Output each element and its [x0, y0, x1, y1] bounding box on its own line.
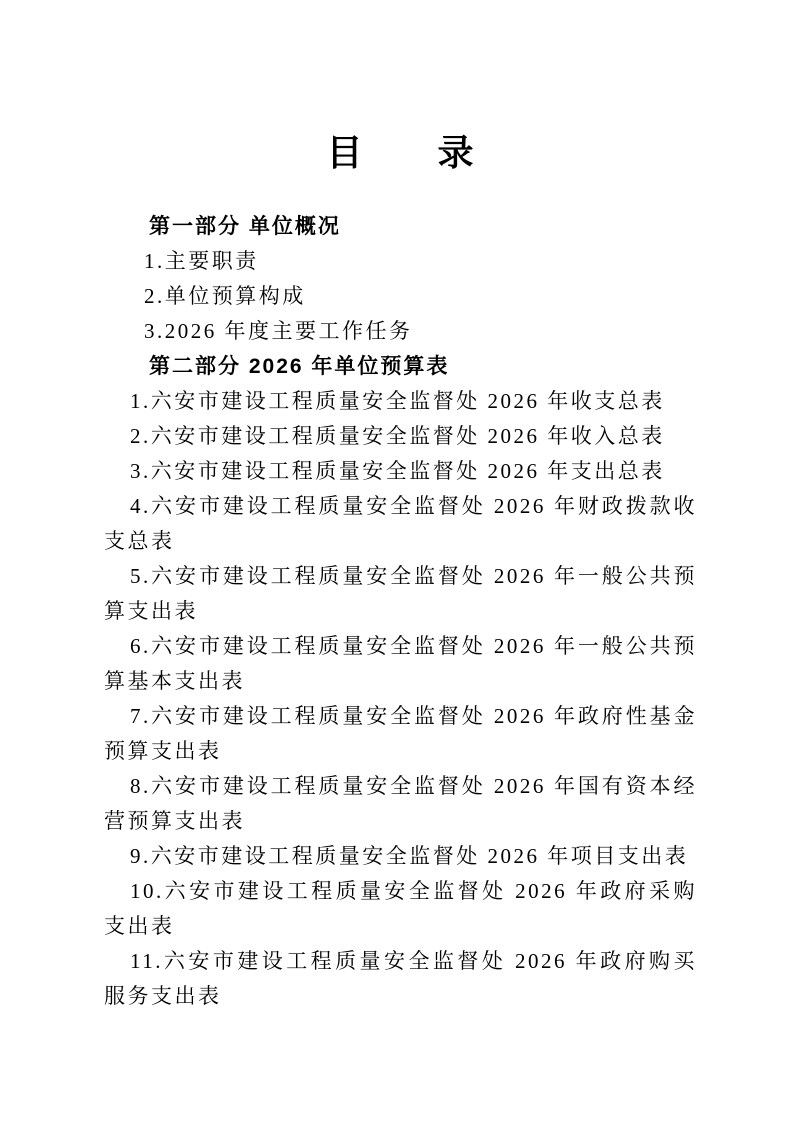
toc-item: 1.六安市建设工程质量安全监督处 2026 年收支总表 — [104, 384, 697, 419]
toc-item: 7.六安市建设工程质量安全监督处 2026 年政府性基金预算支出表 — [104, 699, 697, 769]
toc-item: 9.六安市建设工程质量安全监督处 2026 年项目支出表 — [104, 839, 697, 874]
toc-item: 3.六安市建设工程质量安全监督处 2026 年支出总表 — [104, 454, 697, 489]
toc-item: 1.主要职责 — [104, 244, 697, 279]
toc-item: 8.六安市建设工程质量安全监督处 2026 年国有资本经营预算支出表 — [104, 769, 697, 839]
toc-item: 6.六安市建设工程质量安全监督处 2026 年一般公共预算基本支出表 — [104, 629, 697, 699]
document-page: 目 录 第一部分 单位概况 1.主要职责 2.单位预算构成 3.2026 年度主… — [0, 0, 793, 1122]
toc-item: 11.六安市建设工程质量安全监督处 2026 年政府购买服务支出表 — [104, 944, 697, 1014]
section-2-heading: 第二部分 2026 年单位预算表 — [104, 349, 697, 384]
toc-item: 2.六安市建设工程质量安全监督处 2026 年收入总表 — [104, 419, 697, 454]
section-1-heading: 第一部分 单位概况 — [104, 209, 697, 244]
page-title: 目 录 — [104, 130, 697, 176]
toc-item: 2.单位预算构成 — [104, 279, 697, 314]
toc-item: 3.2026 年度主要工作任务 — [104, 314, 697, 349]
toc-item: 4.六安市建设工程质量安全监督处 2026 年财政拨款收支总表 — [104, 489, 697, 559]
toc-item: 10.六安市建设工程质量安全监督处 2026 年政府采购支出表 — [104, 874, 697, 944]
toc-item: 5.六安市建设工程质量安全监督处 2026 年一般公共预算支出表 — [104, 559, 697, 629]
